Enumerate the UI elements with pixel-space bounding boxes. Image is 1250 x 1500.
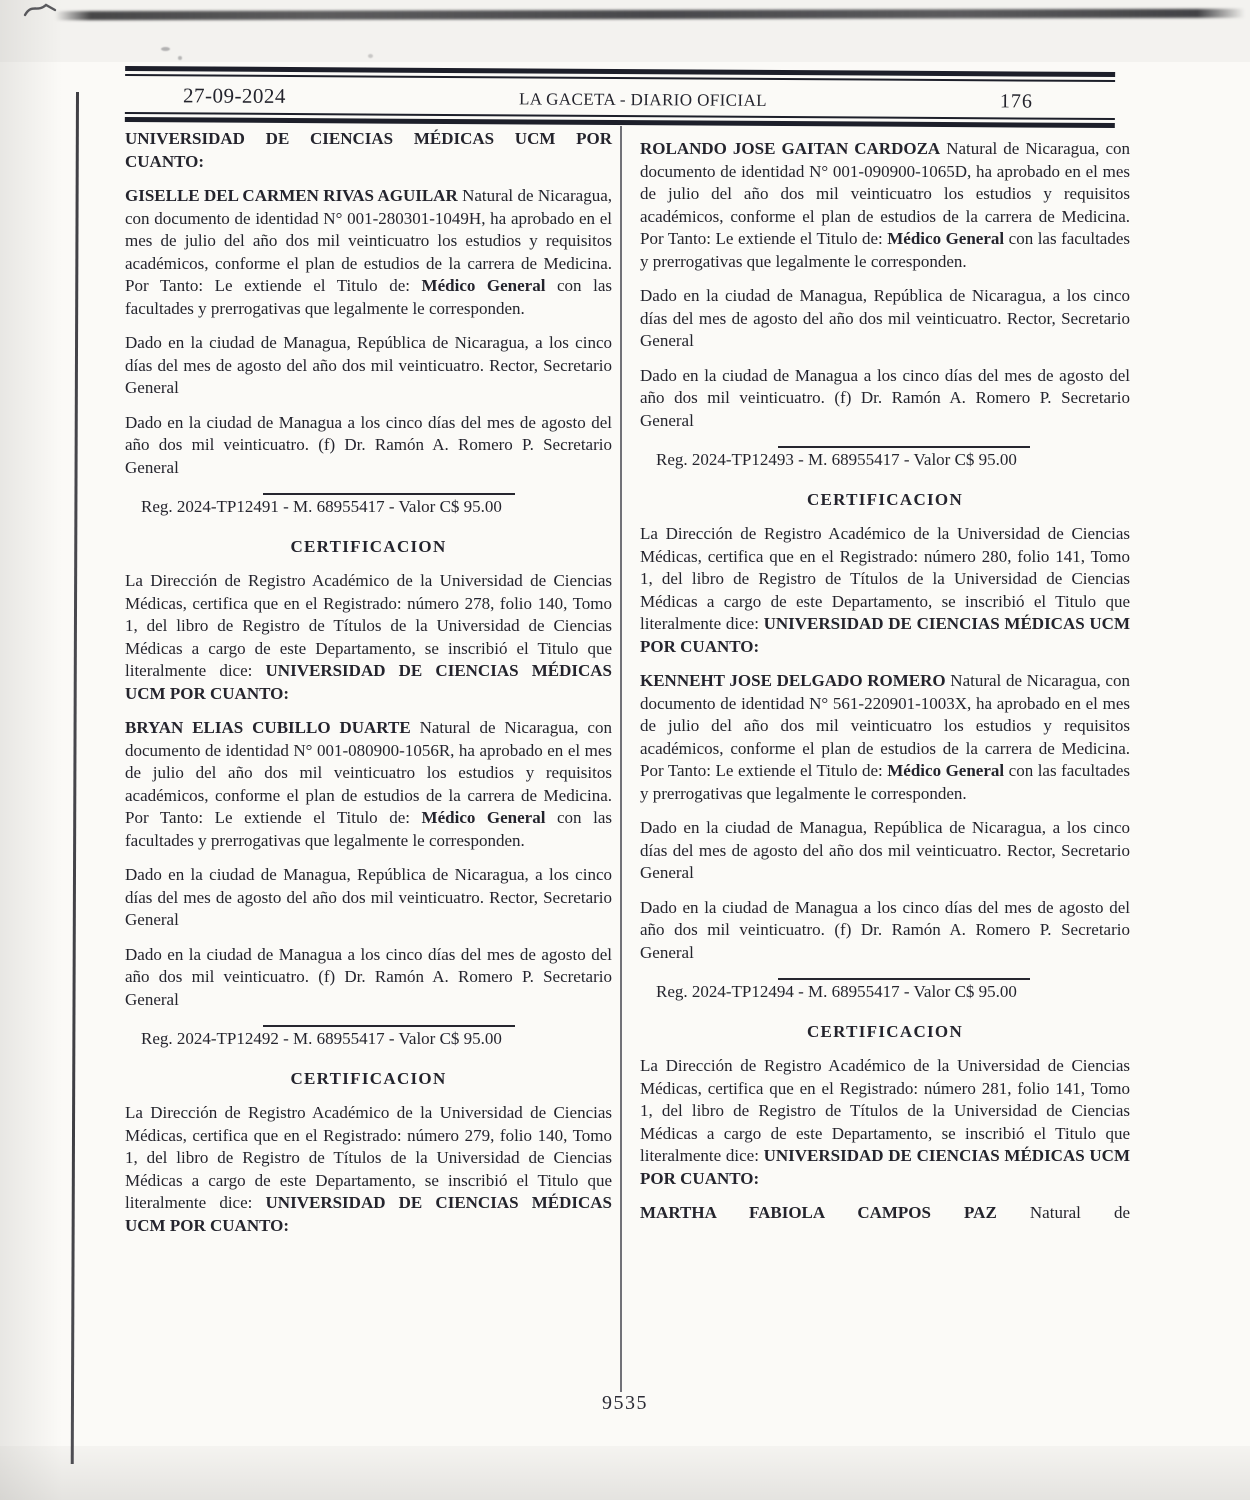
- right-column: ROLANDO JOSE GAITAN CARDOZA Natural de N…: [640, 138, 1130, 1225]
- certification-paragraph: ROLANDO JOSE GAITAN CARDOZA Natural de N…: [640, 138, 1130, 273]
- issue-date: 27-09-2024: [183, 83, 286, 109]
- bold-run: Médico General: [887, 229, 1004, 248]
- gazette-scan-page: 27-09-2024 LA GACETA - DIARIO OFICIAL 17…: [0, 0, 1250, 1500]
- scan-left-shade: [0, 0, 62, 1500]
- certification-paragraph: Dado en la ciudad de Managua, República …: [640, 285, 1130, 353]
- certification-paragraph: La Dirección de Registro Académico de la…: [125, 570, 612, 705]
- scan-speck: [368, 54, 373, 58]
- bold-run: ROLANDO JOSE GAITAN CARDOZA: [640, 139, 940, 158]
- text-run: Natural de: [997, 1203, 1130, 1222]
- gazette-title: LA GACETA - DIARIO OFICIAL: [286, 88, 1000, 112]
- registration-text: Reg. 2024-TP12494 - M. 68955417 - Valor …: [656, 982, 1017, 1001]
- text-run: Dado en la ciudad de Managua, República …: [125, 865, 612, 929]
- separator-rule: [263, 493, 515, 495]
- text-run: Dado en la ciudad de Managua a los cinco…: [640, 898, 1130, 962]
- masthead: 27-09-2024 LA GACETA - DIARIO OFICIAL 17…: [125, 66, 1115, 128]
- separator-rule: [778, 978, 1030, 980]
- text-run: Dado en la ciudad de Managua a los cinco…: [125, 945, 612, 1009]
- certification-heading: CERTIFICACION: [125, 1068, 612, 1091]
- bold-run: BRYAN ELIAS CUBILLO DUARTE: [125, 718, 411, 737]
- column-divider: [620, 126, 622, 1392]
- certification-paragraph: Dado en la ciudad de Managua a los cinco…: [125, 944, 612, 1012]
- text-run: Dado en la ciudad de Managua, República …: [125, 333, 612, 397]
- scan-speck: [161, 47, 170, 51]
- certification-paragraph: Dado en la ciudad de Managua a los cinco…: [125, 412, 612, 480]
- separator-rule: [778, 446, 1030, 448]
- certification-paragraph: BRYAN ELIAS CUBILLO DUARTE Natural de Ni…: [125, 717, 612, 852]
- scan-speck: [178, 56, 182, 60]
- scan-fold-line: [71, 92, 79, 1464]
- text-run: Dado en la ciudad de Managua a los cinco…: [125, 413, 612, 477]
- certification-paragraph: La Dirección de Registro Académico de la…: [640, 1055, 1130, 1190]
- pen-mark: [22, 0, 66, 22]
- certification-paragraph: MARTHA FABIOLA CAMPOS PAZ Natural de: [640, 1202, 1130, 1225]
- registration-line: Reg. 2024-TP12492 - M. 68955417 - Valor …: [125, 1025, 612, 1051]
- footer-page-number: 9535: [0, 1392, 1250, 1415]
- text-run: Dado en la ciudad de Managua, República …: [640, 818, 1130, 882]
- certification-paragraph: KENNEHT JOSE DELGADO ROMERO Natural de N…: [640, 670, 1130, 805]
- bold-run: Médico General: [887, 761, 1004, 780]
- left-column: UNIVERSIDAD DE CIENCIAS MÉDICAS UCM POR …: [125, 128, 612, 1237]
- registration-line: Reg. 2024-TP12493 - M. 68955417 - Valor …: [640, 446, 1130, 472]
- certification-heading: CERTIFICACION: [125, 536, 612, 559]
- certification-heading: CERTIFICACION: [640, 489, 1130, 512]
- certification-paragraph: UNIVERSIDAD DE CIENCIAS MÉDICAS UCM POR …: [125, 128, 612, 173]
- certification-paragraph: La Dirección de Registro Académico de la…: [125, 1102, 612, 1237]
- separator-rule: [263, 1025, 515, 1027]
- issue-number: 176: [1000, 90, 1033, 113]
- certification-paragraph: Dado en la ciudad de Managua, República …: [125, 332, 612, 400]
- bold-run: MARTHA FABIOLA CAMPOS PAZ: [640, 1203, 997, 1222]
- bold-run: GISELLE DEL CARMEN RIVAS AGUILAR: [125, 186, 458, 205]
- bold-run: Médico General: [422, 808, 546, 827]
- certification-paragraph: Dado en la ciudad de Managua a los cinco…: [640, 365, 1130, 433]
- bold-run: UNIVERSIDAD DE CIENCIAS MÉDICAS UCM POR …: [125, 129, 612, 171]
- text-run: Dado en la ciudad de Managua, República …: [640, 286, 1130, 350]
- certification-paragraph: Dado en la ciudad de Managua, República …: [125, 864, 612, 932]
- registration-text: Reg. 2024-TP12492 - M. 68955417 - Valor …: [141, 1029, 502, 1048]
- text-run: Dado en la ciudad de Managua a los cinco…: [640, 366, 1130, 430]
- certification-paragraph: La Dirección de Registro Académico de la…: [640, 523, 1130, 658]
- certification-paragraph: GISELLE DEL CARMEN RIVAS AGUILAR Natural…: [125, 185, 612, 320]
- registration-line: Reg. 2024-TP12494 - M. 68955417 - Valor …: [640, 978, 1130, 1004]
- scan-bottom-shade: [0, 1446, 1250, 1500]
- certification-heading: CERTIFICACION: [640, 1021, 1130, 1044]
- registration-line: Reg. 2024-TP12491 - M. 68955417 - Valor …: [125, 493, 612, 519]
- certification-paragraph: Dado en la ciudad de Managua a los cinco…: [640, 897, 1130, 965]
- registration-text: Reg. 2024-TP12493 - M. 68955417 - Valor …: [656, 450, 1017, 469]
- certification-paragraph: Dado en la ciudad de Managua, República …: [640, 817, 1130, 885]
- bold-run: Médico General: [422, 276, 546, 295]
- bold-run: KENNEHT JOSE DELGADO ROMERO: [640, 671, 946, 690]
- registration-text: Reg. 2024-TP12491 - M. 68955417 - Valor …: [141, 497, 502, 516]
